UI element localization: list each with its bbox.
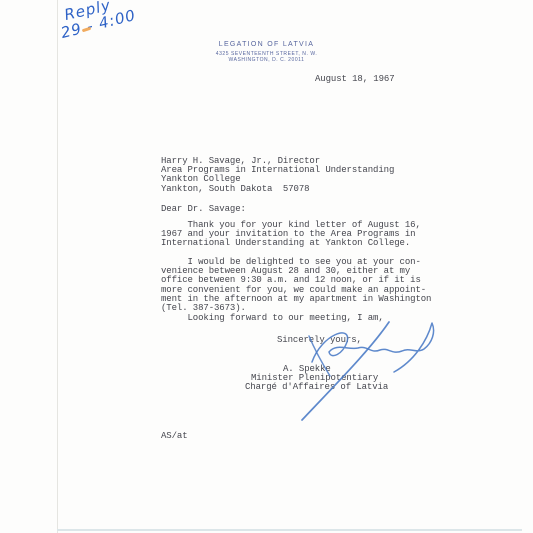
body-paragraph-2: I would be delighted to see you at your … <box>161 258 431 313</box>
body-paragraph-1: Thank you for your kind letter of August… <box>161 221 421 249</box>
letterhead-org: LEGATION OF LATVIA <box>0 40 533 49</box>
typed-signature-title2: Chargé d'Affaires of Latvia <box>245 383 388 392</box>
closing-line: Looking forward to our meeting, I am, <box>161 314 384 323</box>
letterhead-city: WASHINGTON, D. C. 20011 <box>0 57 533 63</box>
letter-date: August 18, 1967 <box>315 75 395 84</box>
paper-left-edge <box>57 0 58 533</box>
letterhead: LEGATION OF LATVIA 4325 SEVENTEENTH STRE… <box>0 40 533 63</box>
paper-bottom-edge <box>57 529 522 531</box>
salutation: Dear Dr. Savage: <box>161 205 246 214</box>
valediction: Sincerely yours, <box>277 336 362 345</box>
letter-page: Reply 29 - 4:00 LEGATION OF LATVIA 4325 … <box>0 0 533 533</box>
typist-reference: AS/at <box>161 432 188 441</box>
recipient-address-block: Harry H. Savage, Jr., Director Area Prog… <box>161 157 394 194</box>
